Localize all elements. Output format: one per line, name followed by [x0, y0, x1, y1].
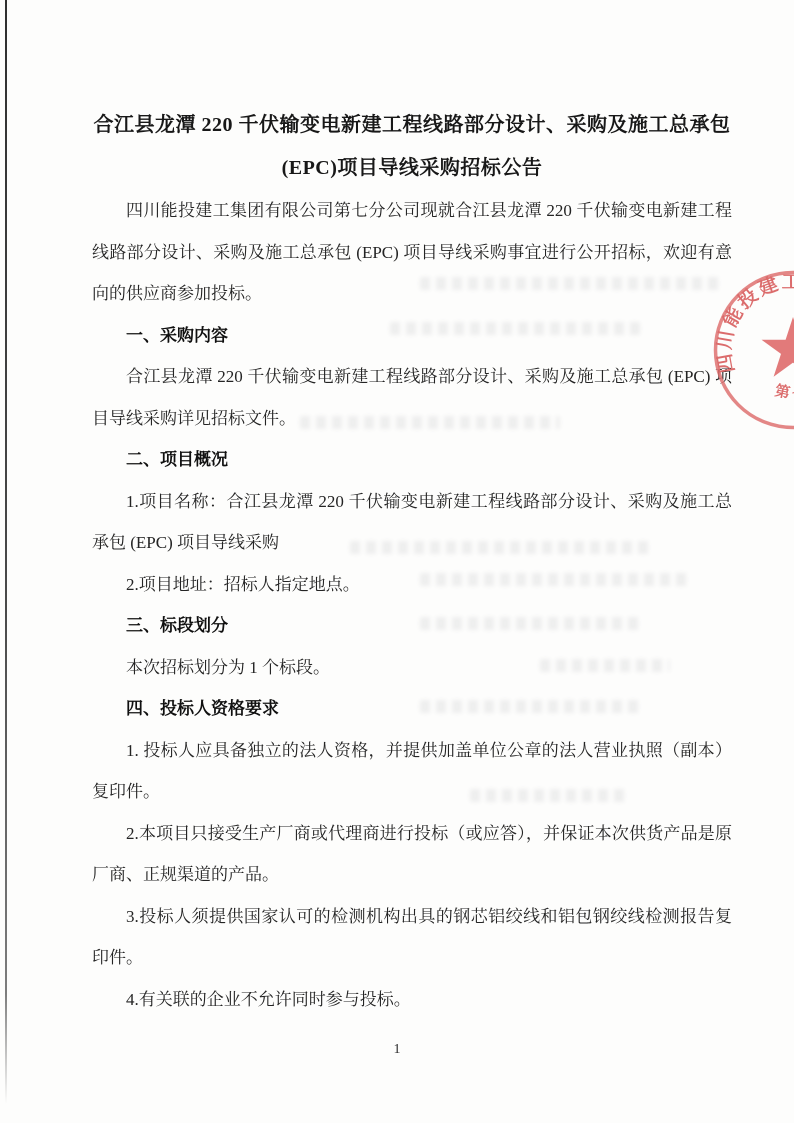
- section-3-paragraph-1: 本次招标划分为 1 个标段。: [92, 647, 732, 689]
- section-4-paragraph-4: 4.有关联的企业不允许同时参与投标。: [92, 979, 732, 1021]
- section-2-paragraph-1: 1.项目名称：合江县龙潭 220 千伏输变电新建工程线路部分设计、采购及施工总承…: [92, 481, 732, 564]
- document-content: 合江县龙潭 220 千伏输变电新建工程线路部分设计、采购及施工总承包 (EPC)…: [92, 104, 732, 1020]
- section-heading-bid-lots: 三、标段划分: [92, 605, 732, 647]
- section-heading-procurement-content: 一、采购内容: [92, 315, 732, 357]
- section-4-paragraph-1: 1. 投标人应具备独立的法人资格，并提供加盖单位公章的法人营业执照（副本）复印件…: [92, 730, 732, 813]
- section-4-paragraph-2: 2.本项目只接受生产厂商或代理商进行投标（或应答），并保证本次供货产品是原厂商、…: [92, 813, 732, 896]
- page-number: 1: [0, 1042, 794, 1058]
- seal-star-icon: [762, 317, 794, 377]
- section-4-paragraph-3: 3.投标人须提供国家认可的检测机构出具的钢芯铝绞线和铝包钢绞线检测报告复印件。: [92, 896, 732, 979]
- svg-text:第七: 第七: [773, 381, 794, 402]
- section-2-paragraph-2: 2.项目地址：招标人指定地点。: [92, 564, 732, 606]
- section-1-paragraph-1: 合江县龙潭 220 千伏输变电新建工程线路部分设计、采购及施工总承包 (EPC)…: [92, 356, 732, 439]
- title-line-2: (EPC)项目导线采购招标公告: [92, 147, 732, 190]
- document-title: 合江县龙潭 220 千伏输变电新建工程线路部分设计、采购及施工总承包 (EPC)…: [92, 104, 732, 190]
- title-line-1: 合江县龙潭 220 千伏输变电新建工程线路部分设计、采购及施工总承包: [92, 104, 732, 147]
- seal-bottom-text: 第七: [773, 381, 794, 402]
- section-heading-bidder-qualifications: 四、投标人资格要求: [92, 688, 732, 730]
- scanned-document-page: 合江县龙潭 220 千伏输变电新建工程线路部分设计、采购及施工总承包 (EPC)…: [0, 0, 794, 1123]
- scan-edge-artifact: [5, 0, 7, 1104]
- intro-paragraph: 四川能投建工集团有限公司第七分公司现就合江县龙潭 220 千伏输变电新建工程线路…: [92, 190, 732, 315]
- section-heading-project-overview: 二、项目概况: [92, 439, 732, 481]
